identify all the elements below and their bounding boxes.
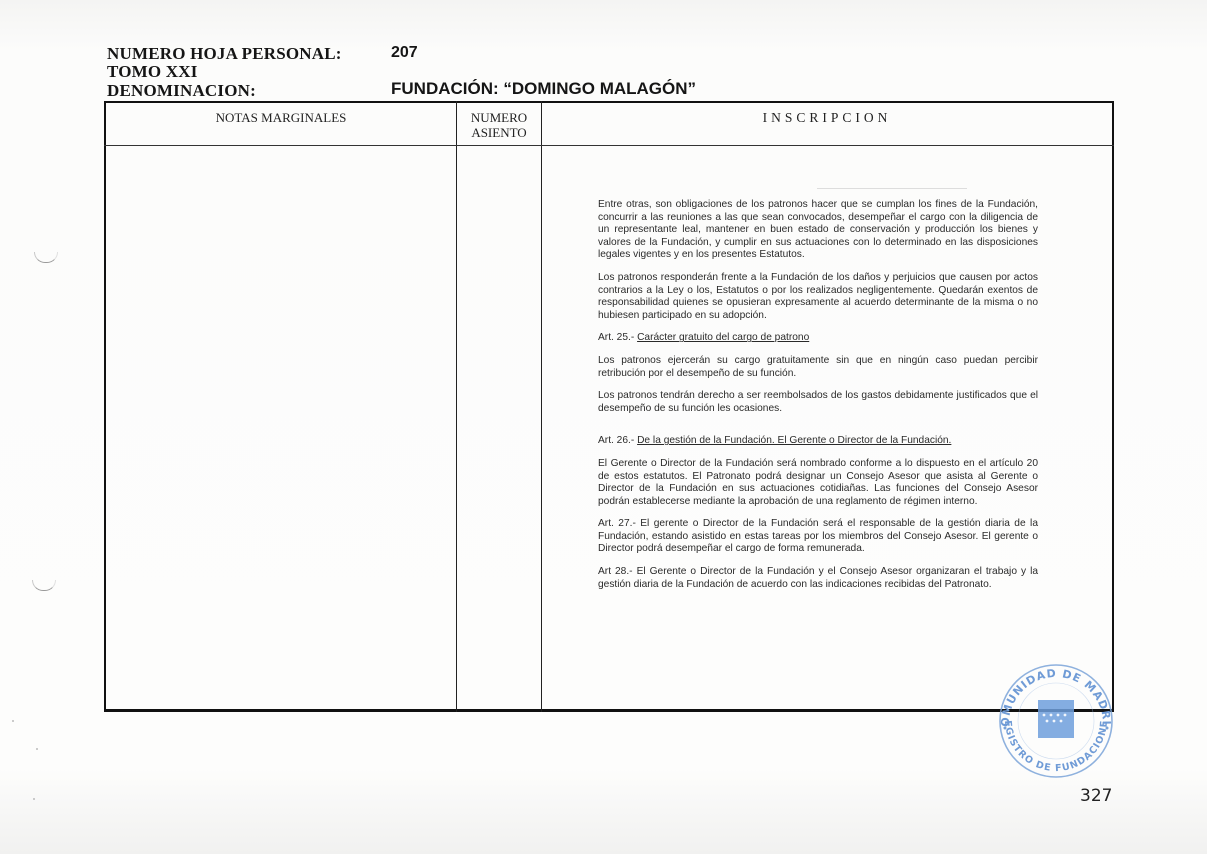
- column-divider-1: [456, 101, 457, 712]
- column-header-inscription: INSCRIPCION: [542, 110, 1112, 125]
- paragraph: Entre otras, son obligaciones de los pat…: [598, 199, 1038, 262]
- article-title: Carácter gratuito del cargo de patrono: [637, 332, 809, 343]
- page-number: 327: [1080, 786, 1112, 806]
- article-number: Art. 26.-: [598, 435, 637, 446]
- sheet-number-label: NUMERO HOJA PERSONAL:: [107, 44, 342, 64]
- column-divider-2: [541, 101, 542, 712]
- column-header-entry-number: NUMERO ASIENTO: [457, 110, 541, 140]
- sheet-number-value: 207: [391, 44, 418, 62]
- paragraph: Los patronos ejercerán su cargo gratuita…: [598, 355, 1038, 380]
- volume-label: TOMO XXI: [107, 62, 198, 82]
- header-rule: [104, 145, 1114, 146]
- denomination-label: DENOMINACION:: [107, 81, 256, 101]
- article-heading: Art. 25.- Carácter gratuito del cargo de…: [598, 332, 1038, 345]
- scan-speck: [33, 798, 35, 800]
- article-number: Art. 25.-: [598, 332, 637, 343]
- madrid-flag-icon: [1038, 700, 1074, 738]
- registry-stamp: COMUNIDAD DE MADRID REGISTRO DE FUNDACIO…: [995, 660, 1117, 782]
- paragraph: Los patronos responderán frente a la Fun…: [598, 272, 1038, 322]
- article-title: De la gestión de la Fundación. El Gerent…: [637, 435, 951, 446]
- paragraph: Art. 27.- El gerente o Director de la Fu…: [598, 518, 1038, 556]
- paragraph: Art 28.- El Gerente o Director de la Fun…: [598, 566, 1038, 591]
- denomination-value: FUNDACIÓN: “DOMINGO MALAGÓN”: [391, 79, 696, 99]
- scan-speck: [12, 720, 14, 722]
- article-heading: Art. 26.- De la gestión de la Fundación.…: [598, 435, 1038, 448]
- scan-speck: [36, 748, 38, 750]
- column-header-entry-number-line2: ASIENTO: [457, 125, 541, 140]
- column-header-entry-number-line1: NUMERO: [457, 110, 541, 125]
- paragraph: Los patronos tendrán derecho a ser reemb…: [598, 390, 1038, 415]
- column-header-marginal-notes: NOTAS MARGINALES: [106, 110, 456, 125]
- paragraph: El Gerente o Director de la Fundación se…: [598, 458, 1038, 508]
- scan-mark: [817, 188, 967, 189]
- inscription-text: Entre otras, son obligaciones de los pat…: [598, 199, 1038, 601]
